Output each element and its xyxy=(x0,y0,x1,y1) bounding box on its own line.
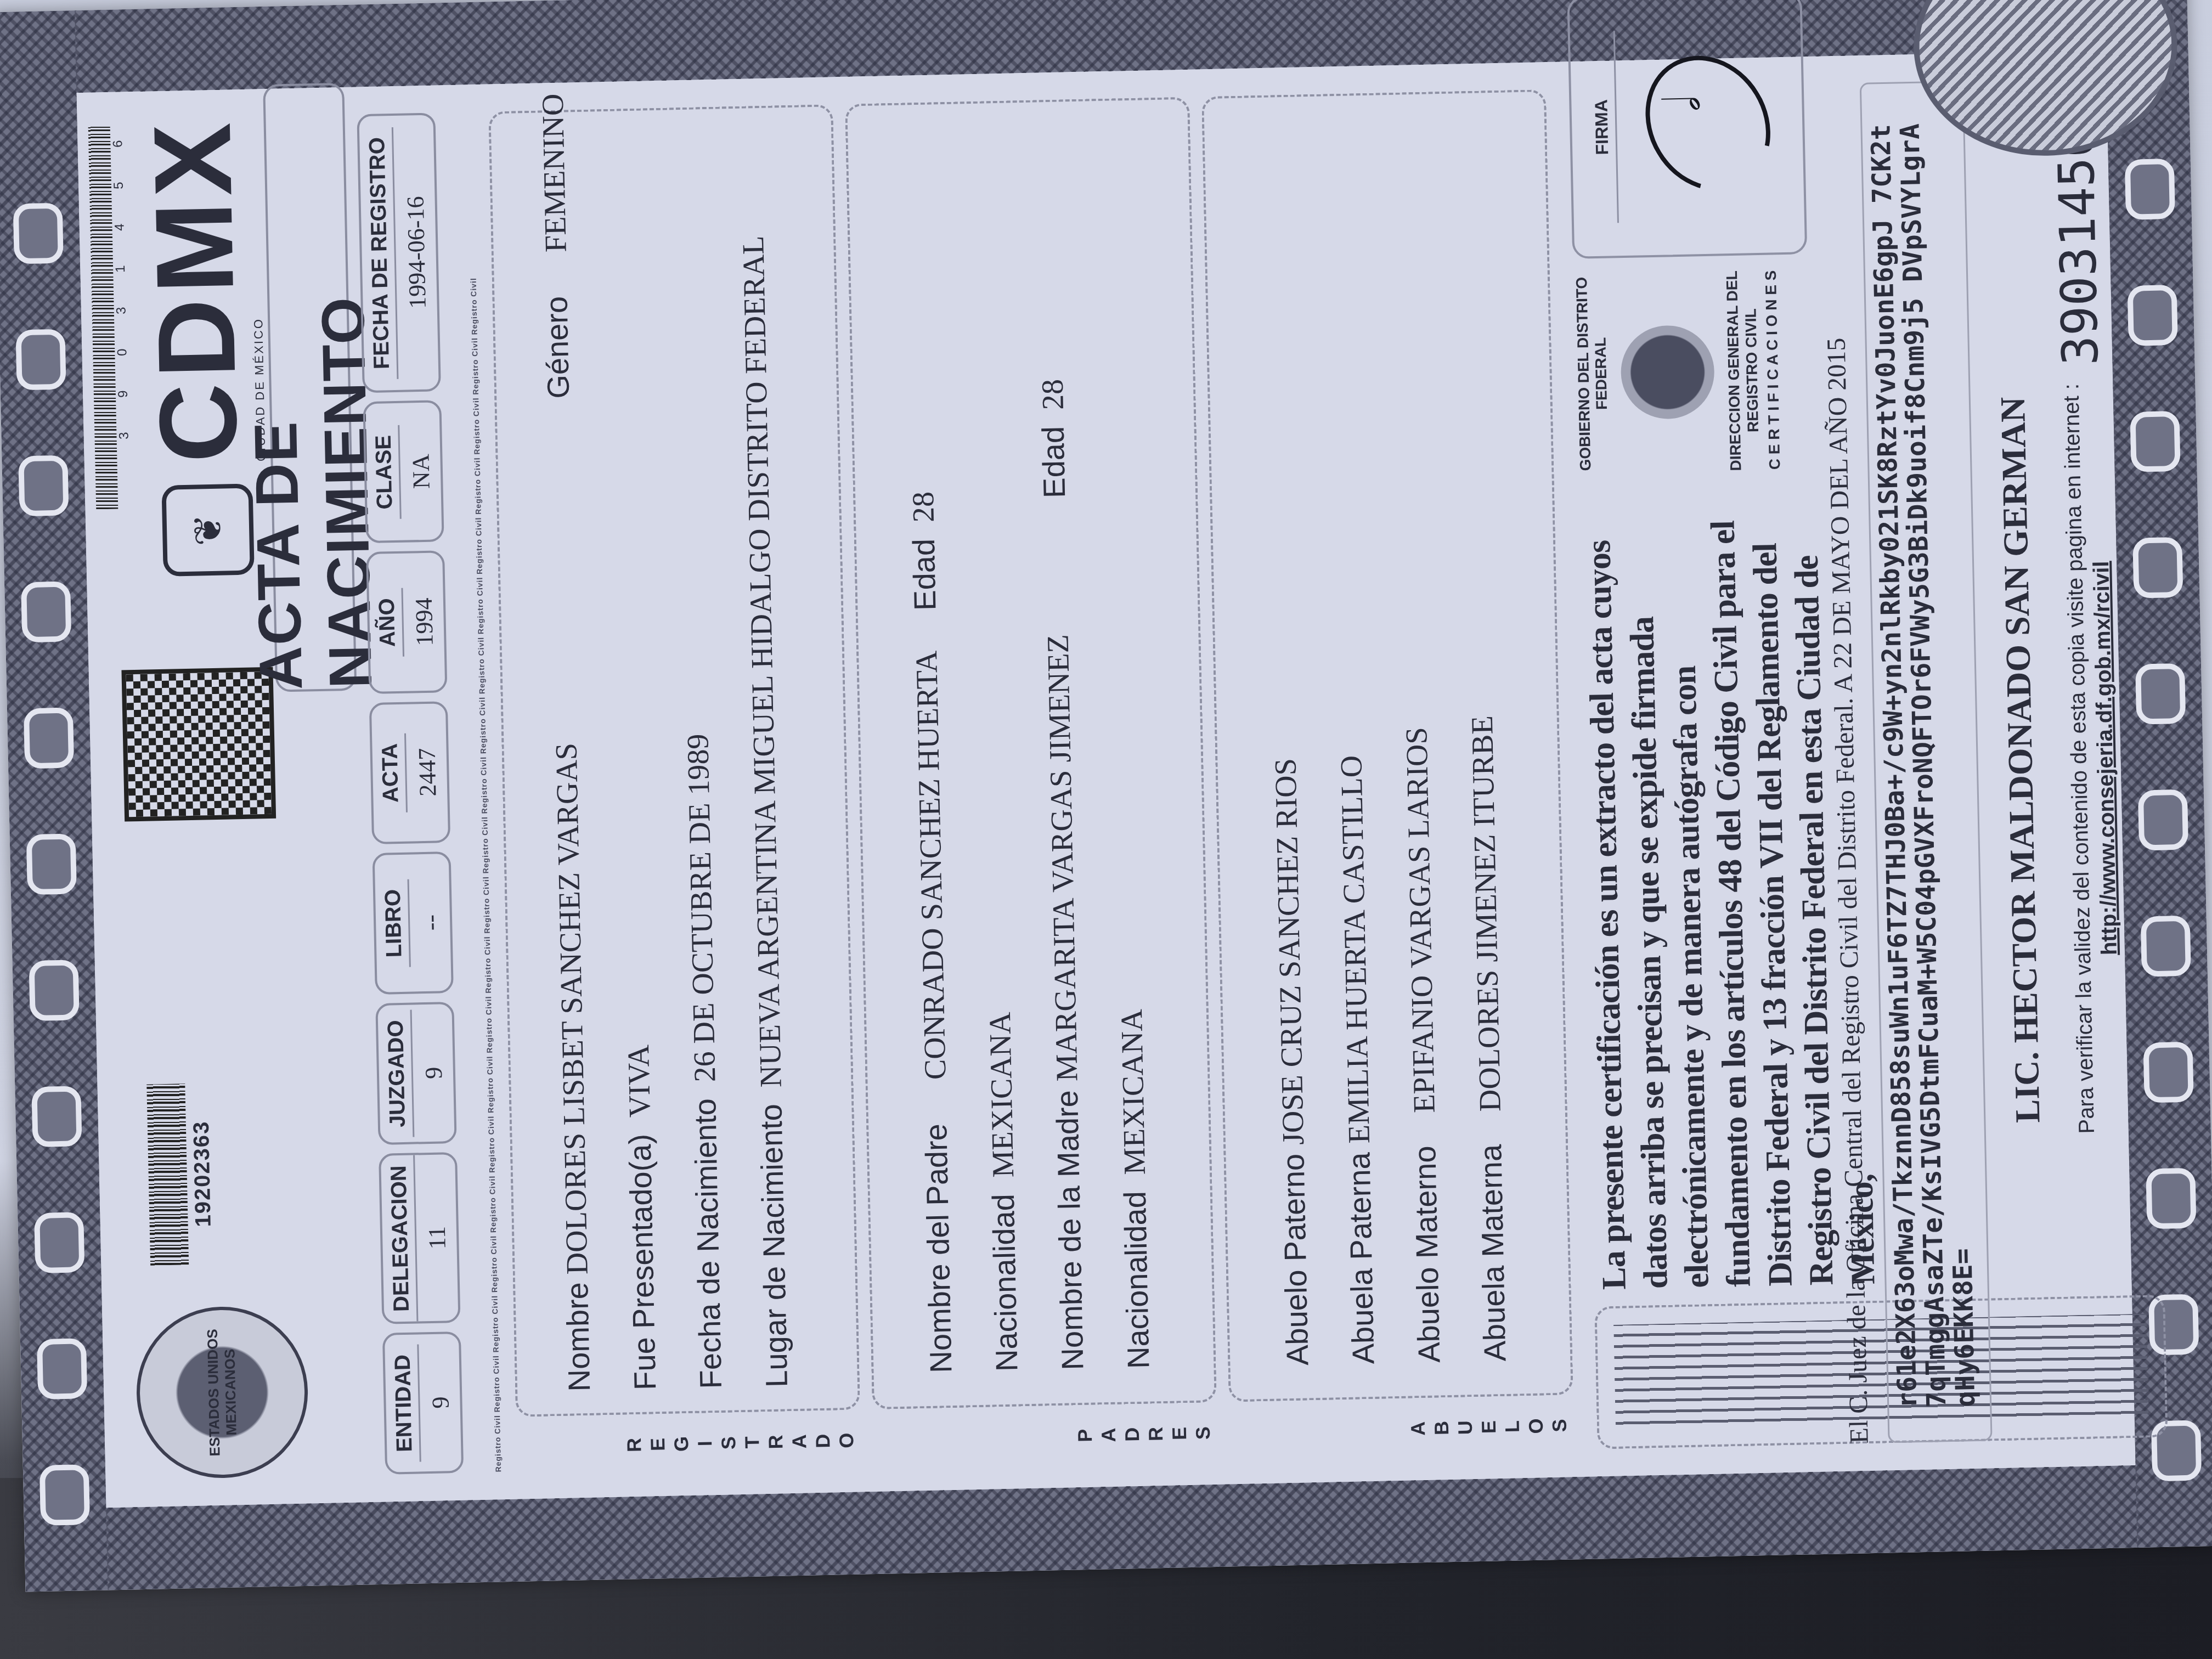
meta-value: 11 xyxy=(423,1226,452,1249)
official-name: LIC. HECTOR MALDONADO SAN GERMAN xyxy=(1985,63,2055,1457)
field-padre: Nombre del PadreCONRADO SANCHEZ HUERTA xyxy=(908,650,960,1373)
signature-label: FIRMA xyxy=(1590,31,1619,223)
field-label: Abuela Materna xyxy=(1473,1144,1512,1362)
field-label: Nombre del Padre xyxy=(918,1124,958,1374)
barcode-left-number: 19202363 xyxy=(189,1120,216,1227)
meta-label: CLASE xyxy=(371,425,402,520)
side-label-text: PADRES xyxy=(1074,1423,1216,1446)
field-label: Fue Presentado(a) xyxy=(622,1133,662,1390)
meta-juzgado: JUZGADO9 xyxy=(375,1002,456,1145)
field-label: Abuela Paterna xyxy=(1341,1152,1380,1364)
meta-label: LIBRO xyxy=(381,879,411,967)
gov-bottom-text: DIRECCION GENERAL DEL REGISTRO CIVIL xyxy=(1723,266,1763,475)
cdmx-seal-icon: ❦ xyxy=(161,483,254,576)
field-value: DOLORES JIMENEZ ITURBE xyxy=(1465,715,1508,1112)
barcode-icon xyxy=(146,1084,189,1265)
field-value: EPIFANIO VARGAS LARIOS xyxy=(1400,727,1442,1113)
meta-label: AÑO xyxy=(374,588,404,657)
registry-meta-row: ENTIDAD9 DELEGACION11 JUZGADO9 LIBRO-- A… xyxy=(357,112,464,1474)
field-presentado: Fue Presentado(a)VIVA xyxy=(620,1045,663,1391)
meta-value: 1994 xyxy=(410,597,439,646)
field-madre-nacionalidad: NacionalidadMEXICANA xyxy=(1113,1009,1157,1369)
serial-number: 39031456 xyxy=(2047,127,2110,366)
field-value: VIVA xyxy=(622,1045,657,1118)
meta-fecha-registro: FECHA DE REGISTRO1994-06-16 xyxy=(357,112,441,393)
meta-value: 9 xyxy=(426,1396,454,1409)
section-registrado: REGISTRADO NombreDOLORES LISBET SANCHEZ … xyxy=(488,104,860,1417)
field-nombre: NombreDOLORES LISBET SANCHEZ VARGAS xyxy=(548,742,597,1392)
field-label: Nombre xyxy=(560,1282,596,1392)
side-label-text: REGISTRADO xyxy=(623,1430,859,1456)
field-abuelo-paterno: Abuelo PaternoJOSE CRUZ SANCHEZ RIOS xyxy=(1267,758,1316,1366)
field-label: Nombre de la Madre xyxy=(1049,1090,1090,1371)
field-fecha-nacimiento: Fecha de Nacimiento26 DE OCTUBRE DE 1989 xyxy=(679,733,729,1389)
meta-value: -- xyxy=(416,915,445,931)
field-value: JOSE CRUZ SANCHEZ RIOS xyxy=(1268,758,1311,1145)
field-value: MEXICANA xyxy=(983,1012,1020,1178)
field-value: NUEVA ARGENTINA MIGUEL HIDALGO DISTRITO … xyxy=(736,235,788,1088)
field-value: EMILIA HUERTA CASTILLO xyxy=(1334,755,1376,1144)
field-label: Género xyxy=(539,296,575,399)
field-lugar-nacimiento: Lugar de NacimientoNUEVA ARGENTINA MIGUE… xyxy=(735,235,795,1388)
side-label-text: ABUELOS xyxy=(1407,1415,1572,1440)
gov-seal-icon xyxy=(1620,325,1716,420)
meta-label: ACTA xyxy=(377,733,408,812)
meta-anio: AÑO1994 xyxy=(366,551,447,694)
field-value: 28 xyxy=(1036,379,1070,410)
field-value: CONRADO SANCHEZ HUERTA xyxy=(910,650,952,1080)
section-padres: PADRES Nombre del PadreCONRADO SANCHEZ H… xyxy=(845,97,1217,1410)
field-abuela-paterna: Abuela PaternaEMILIA HUERTA CASTILLO xyxy=(1333,755,1381,1364)
field-value: MARGARITA VARGAS JIMENEZ xyxy=(1041,634,1084,1082)
barcode-right: 3 9 0 3 1 4 5 6 xyxy=(88,125,134,509)
meta-delegacion: DELEGACION11 xyxy=(379,1152,460,1324)
meta-value: 2447 xyxy=(413,748,442,797)
signature-icon xyxy=(1621,32,1795,214)
field-label: Nacionalidad xyxy=(986,1194,1024,1372)
meta-label: DELEGACION xyxy=(386,1155,418,1322)
signature-box: FIRMA 𝅗𝅥 xyxy=(1567,0,1807,259)
field-label: Edad xyxy=(1036,426,1072,498)
field-value: 26 DE OCTUBRE DE 1989 xyxy=(681,733,722,1082)
field-label: Lugar de Nacimiento xyxy=(753,1104,794,1388)
field-genero: GéneroFEMENINO xyxy=(534,93,577,399)
field-label: Abuelo Materno xyxy=(1407,1145,1446,1363)
field-value: FEMENINO xyxy=(536,93,573,253)
meta-value: 9 xyxy=(420,1066,448,1079)
meta-label: JUZGADO xyxy=(383,1010,415,1138)
document-title: ACTA DE NACIMIENTO xyxy=(263,83,357,692)
meta-value: 1994-06-16 xyxy=(401,196,431,309)
field-value: 28 xyxy=(906,491,941,522)
meta-libro: LIBRO-- xyxy=(373,851,454,995)
gov-top-text: GOBIERNO DEL DISTRITO FEDERAL xyxy=(1573,269,1612,478)
birth-certificate: ESTADOS UNIDOS MEXICANOS 19202363 3 9 0 … xyxy=(0,0,2212,1592)
field-value: MEXICANA xyxy=(1115,1009,1152,1175)
meta-label: FECHA DE REGISTRO xyxy=(365,127,399,380)
field-abuelo-materno: Abuelo MaternoEPIFANIO VARGAS LARIOS xyxy=(1398,727,1447,1363)
section-abuelos: ABUELOS Abuelo PaternoJOSE CRUZ SANCHEZ … xyxy=(1201,89,1573,1402)
certificate-body: ESTADOS UNIDOS MEXICANOS 19202363 3 9 0 … xyxy=(88,61,2124,1497)
side-label-registrado: REGISTRADO xyxy=(518,1419,859,1470)
emblem-text: ESTADOS UNIDOS MEXICANOS xyxy=(204,1310,241,1475)
meta-label: ENTIDAD xyxy=(390,1344,421,1462)
field-madre: Nombre de la MadreMARGARITA VARGAS JIMEN… xyxy=(1039,634,1091,1370)
field-label: Nacionalidad xyxy=(1118,1191,1156,1369)
gov-dept-text: C E R T I F I C A C I O N E S xyxy=(1762,266,1784,475)
meta-value: NA xyxy=(407,454,435,489)
barcode-left: 19202363 xyxy=(146,1083,217,1265)
field-label: Abuelo Paterno xyxy=(1276,1153,1314,1365)
side-label-abuelos: ABUELOS xyxy=(1231,1403,1572,1454)
field-value: DOLORES LISBET SANCHEZ VARGAS xyxy=(549,742,594,1274)
gov-seal-block: GOBIERNO DEL DISTRITO FEDERAL DIRECCION … xyxy=(1573,266,1784,478)
mexican-coat-of-arms-icon: ESTADOS UNIDOS MEXICANOS xyxy=(135,1305,309,1480)
field-padre-edad: Edad28 xyxy=(905,491,944,611)
meta-clase: CLASENA xyxy=(363,400,444,544)
field-label: Fecha de Nacimiento xyxy=(687,1098,728,1389)
meta-entidad: ENTIDAD9 xyxy=(382,1331,464,1475)
field-label: Edad xyxy=(906,538,943,611)
meta-acta: ACTA2447 xyxy=(369,701,450,844)
field-abuela-materna: Abuela MaternaDOLORES JIMENEZ ITURBE xyxy=(1464,715,1514,1362)
field-padre-nacionalidad: NacionalidadMEXICANA xyxy=(981,1012,1025,1372)
field-madre-edad: Edad28 xyxy=(1034,379,1073,498)
signature-mark-icon: 𝅗𝅥 xyxy=(1654,95,1712,112)
side-label-padres: PADRES xyxy=(874,1411,1216,1462)
